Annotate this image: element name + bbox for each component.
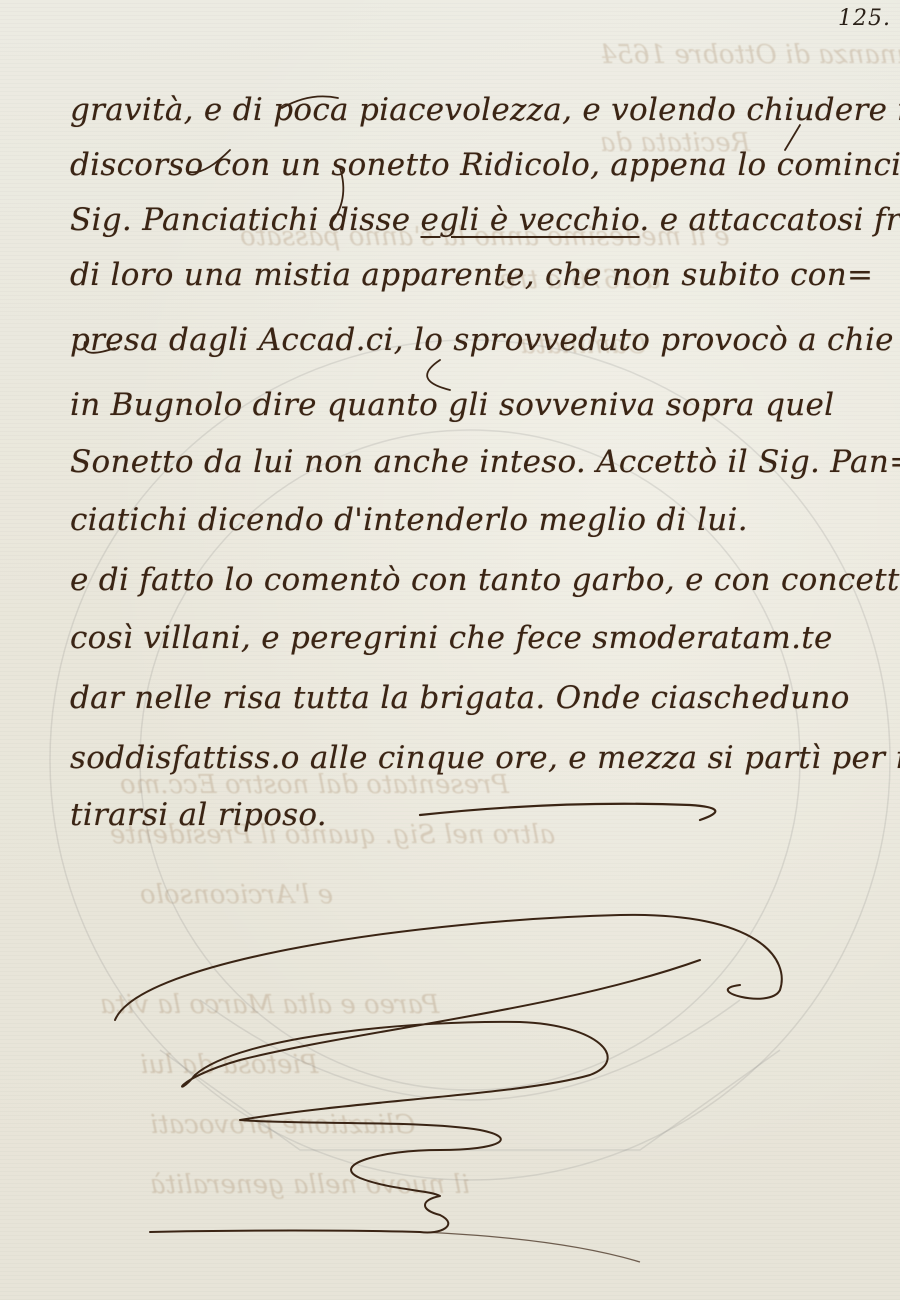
text-line: così villani, e peregrini che fece smode… (70, 620, 833, 656)
text-segment: Sig. Panciatichi disse (70, 202, 410, 238)
decorative-flourish-icon (115, 915, 782, 1233)
text-line: Sig. Panciatichi disse egli è vecchio. e… (70, 202, 900, 238)
text-line: gravità, e di poca piacevolezza, e volen… (70, 92, 900, 128)
text-line: Sonetto da lui non anche inteso. Accettò… (70, 444, 900, 480)
text-line: soddisfattiss.o alle cinque ore, e mezza… (70, 740, 900, 776)
closing-flourish-icon (420, 804, 715, 820)
text-line: e di fatto lo comentò con tanto garbo, e… (70, 562, 900, 598)
text-line: in Bugnolo dire quanto gli sovveniva sop… (70, 387, 834, 423)
manuscript-page: Adunanza di Ottobre 1654 Recitata da e i… (0, 0, 900, 1300)
text-line: discorso con un sonetto Ridicolo, appena… (70, 147, 900, 183)
text-line: ciatichi dicendo d'intenderlo meglio di … (70, 502, 748, 538)
text-segment: . e attaccatosi fra (639, 202, 900, 238)
text-line: presa dagli Accad.ci, lo sprovveduto pro… (70, 322, 894, 358)
text-line: dar nelle risa tutta la brigata. Onde ci… (70, 680, 850, 716)
page-number: 125. (838, 6, 891, 31)
text-line: tirarsi al riposo. (70, 797, 327, 833)
text-line: di loro una mistia apparente, che non su… (70, 257, 873, 293)
underlined-phrase: egli è vecchio (421, 202, 640, 238)
